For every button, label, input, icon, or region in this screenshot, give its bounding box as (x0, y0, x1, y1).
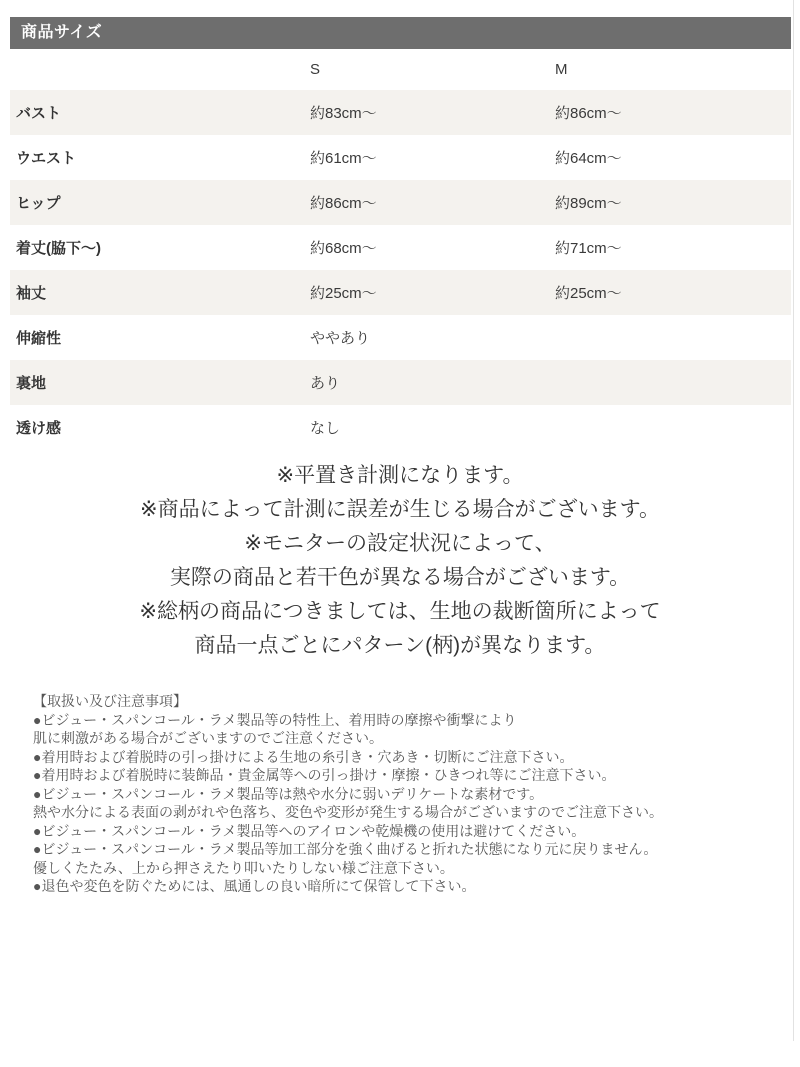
note-line: ※商品によって計測に誤差が生じる場合がございます。 (0, 493, 800, 527)
table-row: 透け感 なし (10, 405, 791, 450)
row-value-s: なし (310, 417, 555, 438)
care-line: ●ビジュー・スパンコール・ラメ製品等加工部分を強く曲げると折れた状態になり元に戻… (33, 840, 778, 859)
row-label: 袖丈 (10, 282, 310, 303)
care-line: 熱や水分による表面の剥がれや色落ち、変色や変形が発生する場合がございますのでご注… (33, 803, 778, 822)
care-instructions: 【取扱い及び注意事項】 ●ビジュー・スパンコール・ラメ製品等の特性上、着用時の摩… (33, 692, 778, 896)
row-value-m: 約64cm～ (555, 147, 791, 168)
column-header-s: S (310, 61, 555, 78)
note-line: 実際の商品と若干色が異なる場合がございます。 (0, 561, 800, 595)
care-heading: 【取扱い及び注意事項】 (33, 692, 778, 711)
table-row: 袖丈 約25cm～ 約25cm～ (10, 270, 791, 315)
row-label: ウエスト (10, 147, 310, 168)
row-value-s: 約83cm～ (310, 102, 555, 123)
row-label: 裏地 (10, 372, 310, 393)
table-row: ウエスト 約61cm～ 約64cm～ (10, 135, 791, 180)
note-line: ※総柄の商品につきましては、生地の裁断箇所によって (0, 595, 800, 629)
care-line: ●ビジュー・スパンコール・ラメ製品等へのアイロンや乾燥機の使用は避けてください。 (33, 822, 778, 841)
row-value-m: 約25cm～ (555, 282, 791, 303)
care-line: ●ビジュー・スパンコール・ラメ製品等は熱や水分に弱いデリケートな素材です。 (33, 785, 778, 804)
care-line: ●退色や変色を防ぐためには、風通しの良い暗所にて保管して下さい。 (33, 877, 778, 896)
care-line: ●着用時および着脱時の引っ掛けによる生地の糸引き・穴あき・切断にご注意下さい。 (33, 748, 778, 767)
care-line: 優しくたたみ、上から押さえたり叩いたりしない様ご注意下さい。 (33, 859, 778, 878)
row-label: バスト (10, 102, 310, 123)
section-title: 商品サイズ (21, 24, 102, 41)
row-label: ヒップ (10, 192, 310, 213)
row-value-m: 約86cm～ (555, 102, 791, 123)
note-line: ※モニターの設定状況によって、 (0, 527, 800, 561)
row-value-s: 約25cm～ (310, 282, 555, 303)
row-label: 伸縮性 (10, 327, 310, 348)
table-row: 裏地 あり (10, 360, 791, 405)
size-table-header-row: S M (10, 49, 791, 90)
row-value-s: 約86cm～ (310, 192, 555, 213)
row-value-s: あり (310, 372, 555, 393)
table-row: ヒップ 約86cm～ 約89cm～ (10, 180, 791, 225)
note-line: 商品一点ごとにパターン(柄)が異なります。 (0, 629, 800, 663)
section-title-bar: 商品サイズ (10, 17, 791, 49)
row-value-s: 約68cm～ (310, 237, 555, 258)
care-line: ●着用時および着脱時に装飾品・貴金属等への引っ掛け・摩擦・ひきつれ等にご注意下さ… (33, 766, 778, 785)
row-value-m: 約89cm～ (555, 192, 791, 213)
column-header-m: M (555, 61, 791, 78)
care-line: 肌に刺激がある場合がございますのでご注意ください。 (33, 729, 778, 748)
care-line: ●ビジュー・スパンコール・ラメ製品等の特性上、着用時の摩擦や衝撃により (33, 711, 778, 730)
table-row: 着丈(脇下～) 約68cm～ 約71cm～ (10, 225, 791, 270)
row-value-s: ややあり (310, 327, 555, 348)
table-row: 伸縮性 ややあり (10, 315, 791, 360)
row-value-m: 約71cm～ (555, 237, 791, 258)
table-row: バスト 約83cm～ 約86cm～ (10, 90, 791, 135)
size-table: S M バスト 約83cm～ 約86cm～ ウエスト 約61cm～ 約64cm～… (10, 49, 791, 450)
measurement-notes: ※平置き計測になります。 ※商品によって計測に誤差が生じる場合がございます。 ※… (0, 459, 800, 663)
row-label: 透け感 (10, 417, 310, 438)
row-label: 着丈(脇下～) (10, 237, 310, 258)
row-value-s: 約61cm～ (310, 147, 555, 168)
note-line: ※平置き計測になります。 (0, 459, 800, 493)
product-size-page: 商品サイズ S M バスト 約83cm～ 約86cm～ ウエスト 約61cm～ … (0, 0, 800, 1067)
